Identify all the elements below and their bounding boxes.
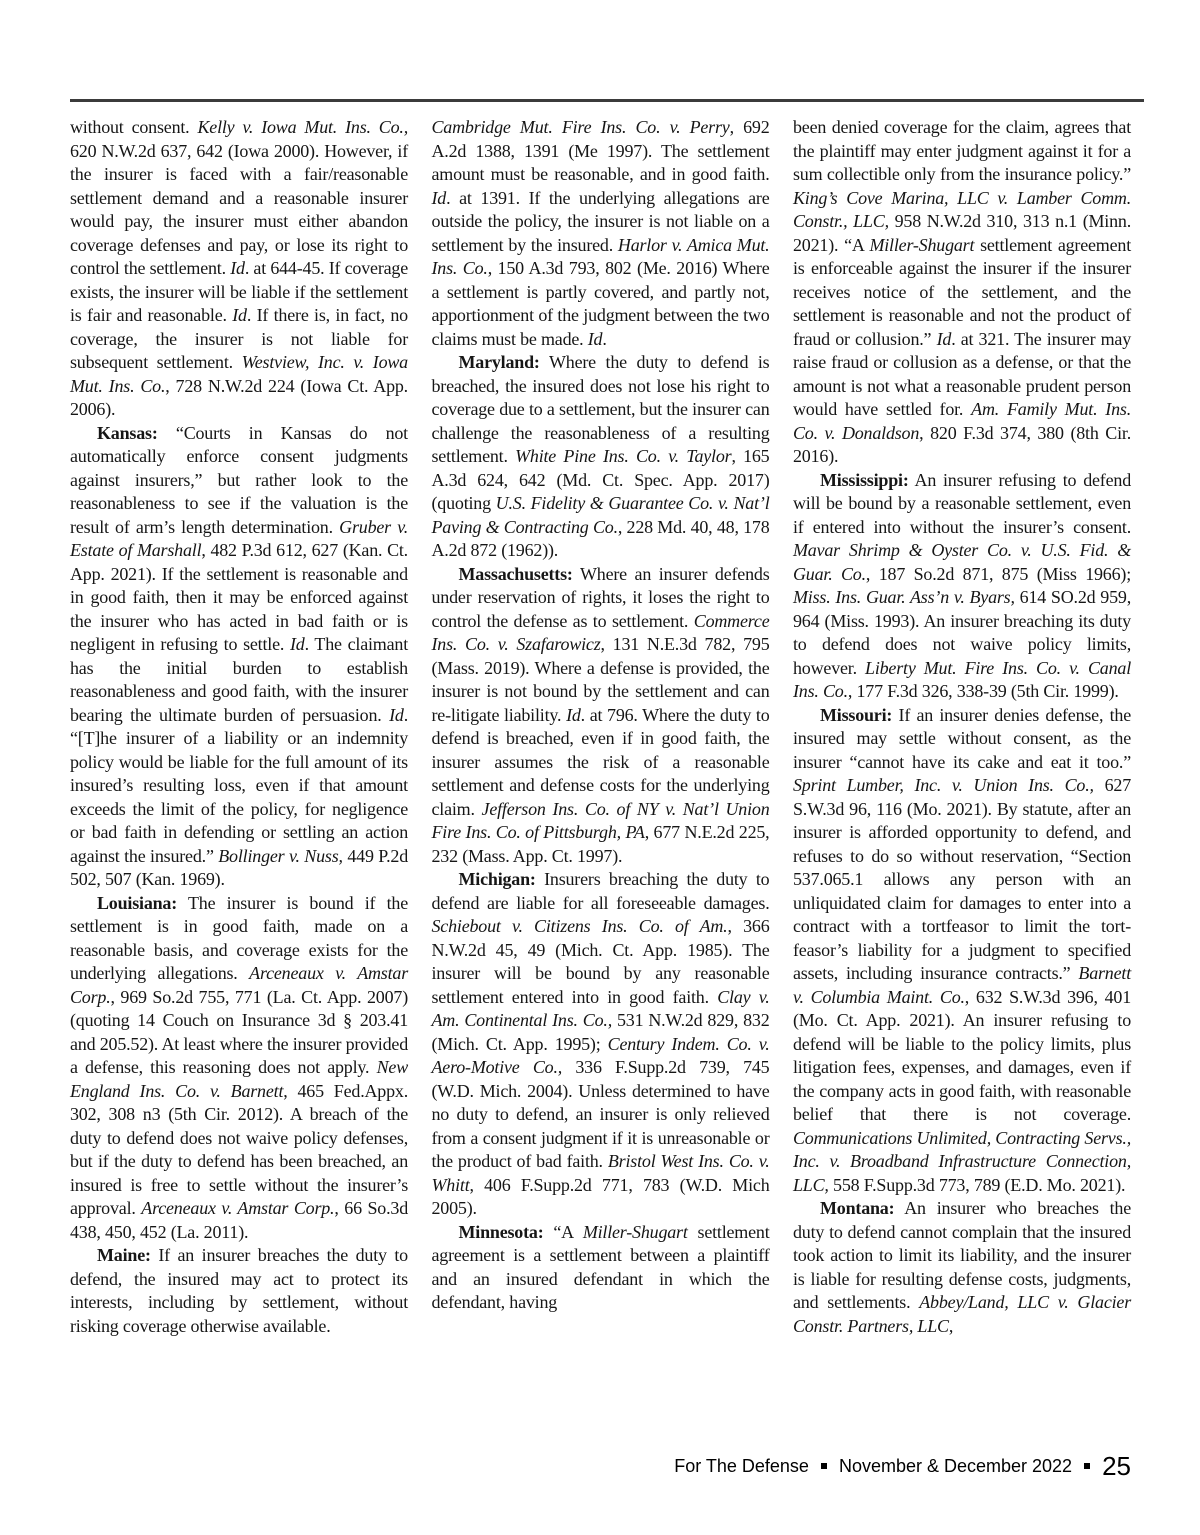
- case-citation: Schiebout v. Citizens Ins. Co. of Am.: [432, 916, 728, 936]
- paragraph: Cambridge Mut. Fire Ins. Co. v. Perry, 6…: [432, 116, 770, 351]
- page-number: 25: [1102, 1453, 1131, 1479]
- text-run: , 969 So.2d 755, 771 (La. Ct. App. 2007)…: [70, 987, 408, 1078]
- case-citation: Id: [432, 188, 447, 208]
- text-column-2: Cambridge Mut. Fire Ins. Co. v. Perry, 6…: [432, 116, 770, 1338]
- paragraph: Michigan: Insurers breaching the duty to…: [432, 868, 770, 1221]
- case-citation: Cambridge Mut. Fire Ins. Co. v. Perry: [432, 117, 730, 137]
- state-heading: Maryland:: [459, 352, 540, 372]
- text-column-1: without consent. Kelly v. Iowa Mut. Ins.…: [70, 116, 408, 1338]
- paragraph: Kansas: “Courts in Kansas do not automat…: [70, 422, 408, 892]
- paragraph: without consent. Kelly v. Iowa Mut. Ins.…: [70, 116, 408, 422]
- footer-issue: November & December 2022: [839, 1456, 1072, 1477]
- state-heading: Mississippi:: [820, 470, 909, 490]
- text-run: been denied coverage for the claim, agre…: [793, 117, 1131, 184]
- bullet-separator-icon: [821, 1463, 827, 1469]
- text-run: , 187 So.2d 871, 875 (Miss 1966);: [866, 564, 1131, 584]
- state-heading: Michigan:: [459, 869, 536, 889]
- header-rule: [70, 99, 1144, 102]
- case-citation: Arceneaux v. Amstar Corp.: [141, 1198, 334, 1218]
- text-run: , 632 S.W.3d 396, 401 (Mo. Ct. App. 2021…: [793, 987, 1131, 1125]
- case-citation: Id: [588, 329, 603, 349]
- text-run: .: [602, 329, 606, 349]
- case-citation: Id: [566, 705, 581, 725]
- case-citation: Id: [290, 634, 305, 654]
- paragraph: Maine: If an insurer breaches the duty t…: [70, 1244, 408, 1338]
- paragraph: Mississippi: An insurer refusing to defe…: [793, 469, 1131, 704]
- case-citation: Miller-Shugart: [869, 235, 974, 255]
- paragraph: been denied coverage for the claim, agre…: [793, 116, 1131, 469]
- case-citation: Id: [230, 258, 245, 278]
- paragraph: Minnesota: “A Miller-Shugart settlement …: [432, 1221, 770, 1315]
- state-heading: Maine:: [97, 1245, 151, 1265]
- text-run: , 177 F.3d 326, 338-39 (5th Cir. 1999).: [848, 681, 1119, 701]
- case-citation: Miss. Ins. Guar. Ass’n v. Byars,: [793, 587, 1015, 607]
- paragraph: Massachusetts: Where an insurer defends …: [432, 563, 770, 869]
- state-heading: Missouri:: [820, 705, 892, 725]
- case-citation: Id: [937, 329, 952, 349]
- footer-publication: For The Defense: [674, 1456, 809, 1477]
- case-citation: Sprint Lumber, Inc. v. Union Ins. Co.,: [793, 775, 1094, 795]
- state-heading: Kansas:: [97, 423, 158, 443]
- paragraph: Missouri: If an insurer denies defense, …: [793, 704, 1131, 1198]
- paragraph: Maryland: Where the duty to defend is br…: [432, 351, 770, 563]
- page: without consent. Kelly v. Iowa Mut. Ins.…: [0, 0, 1200, 1535]
- text-run: “A: [544, 1222, 583, 1242]
- paragraph: Louisiana: The insurer is bound if the s…: [70, 892, 408, 1245]
- text-run: ,: [949, 1316, 953, 1336]
- bullet-separator-icon: [1084, 1463, 1090, 1469]
- text-run: without consent.: [70, 117, 197, 137]
- text-run: , 406 F.Supp.2d 771, 783 (W.D. Mich 2005…: [432, 1175, 770, 1219]
- text-run: 627 S.W.3d 96, 116 (Mo. 2021). By statut…: [793, 775, 1131, 983]
- state-heading: Montana:: [820, 1198, 894, 1218]
- state-heading: Minnesota:: [459, 1222, 544, 1242]
- case-citation: Id: [389, 705, 404, 725]
- text-run: . “[T]he insurer of a liability or an in…: [70, 705, 408, 866]
- text-column-3: been denied coverage for the claim, agre…: [793, 116, 1131, 1338]
- case-citation: White Pine Ins. Co. v. Taylor: [515, 446, 731, 466]
- state-heading: Massachusetts:: [459, 564, 573, 584]
- text-run: 558 F.Supp.3d 773, 789 (E.D. Mo. 2021).: [829, 1175, 1126, 1195]
- article-body: without consent. Kelly v. Iowa Mut. Ins.…: [70, 116, 1131, 1338]
- case-citation: Bollinger v. Nuss,: [218, 846, 343, 866]
- page-footer: For The Defense November & December 2022…: [674, 1450, 1131, 1482]
- case-citation: Kelly v. Iowa Mut. Ins. Co.,: [197, 117, 408, 137]
- paragraph: Montana: An insurer who breaches the dut…: [793, 1197, 1131, 1338]
- case-citation: Miller-Shugart: [583, 1222, 688, 1242]
- case-citation: Id: [232, 305, 247, 325]
- state-heading: Louisiana:: [97, 893, 177, 913]
